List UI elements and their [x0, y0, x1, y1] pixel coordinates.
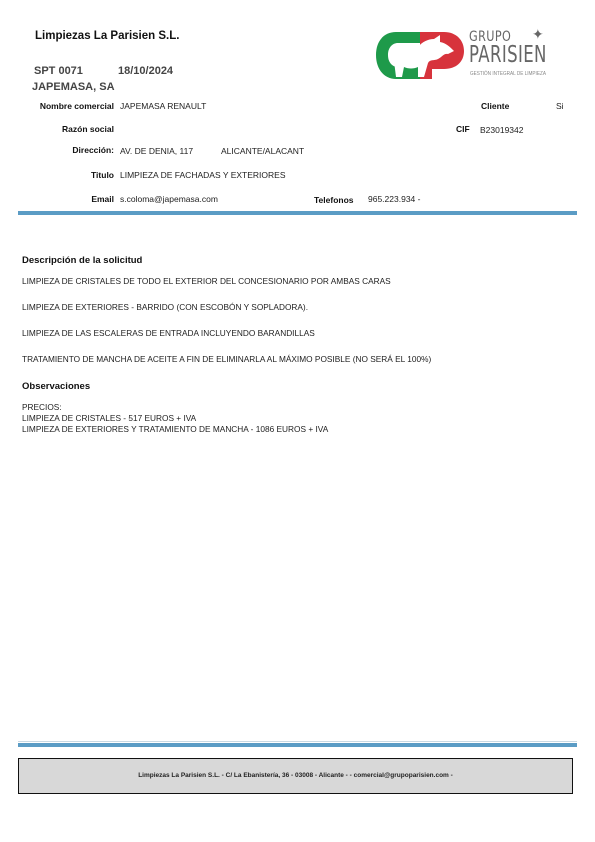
- observaciones-line: PRECIOS:: [22, 402, 62, 412]
- footer-text: Limpiezas La Parisien S.L. - C/ La Ebani…: [19, 772, 572, 779]
- document-date: 18/10/2024: [118, 65, 173, 77]
- divider-bottom: [18, 743, 577, 747]
- footer-box: Limpiezas La Parisien S.L. - C/ La Ebani…: [18, 758, 573, 794]
- label-cliente: Cliente: [481, 101, 509, 111]
- label-cif: CIF: [456, 124, 470, 134]
- value-titulo: LIMPIEZA DE FACHADAS Y EXTERIORES: [120, 170, 285, 180]
- descripcion-line: LIMPIEZA DE CRISTALES DE TODO EL EXTERIO…: [22, 276, 391, 286]
- descripcion-line: TRATAMIENTO DE MANCHA DE ACEITE A FIN DE…: [22, 354, 431, 364]
- value-telefonos: 965.223.934 -: [368, 194, 420, 204]
- descripcion-line: LIMPIEZA DE LAS ESCALERAS DE ENTRADA INC…: [22, 328, 315, 338]
- value-direccion: AV. DE DENIA, 117: [120, 146, 193, 156]
- divider-top: [18, 211, 577, 215]
- observaciones-line: LIMPIEZA DE CRISTALES - 517 EUROS + IVA: [22, 413, 196, 423]
- label-telefonos: Telefonos: [314, 195, 354, 205]
- label-email: Email: [91, 194, 114, 204]
- value-cif: B23019342: [480, 125, 524, 135]
- logo-tagline: GESTIÓN INTEGRAL DE LIMPIEZA: [470, 71, 546, 77]
- logo-text-parisien: PARISIEN: [469, 42, 547, 68]
- observaciones-heading: Observaciones: [22, 381, 90, 392]
- value-cliente: Si: [556, 101, 564, 111]
- document-reference: SPT 0071: [34, 65, 83, 77]
- descripcion-heading: Descripción de la solicitud: [22, 255, 142, 266]
- sparkle-icon: ✦: [532, 26, 544, 43]
- descripcion-line: LIMPIEZA DE EXTERIORES - BARRIDO (CON ES…: [22, 302, 308, 312]
- value-email: s.coloma@japemasa.com: [120, 194, 218, 204]
- observaciones-line: LIMPIEZA DE EXTERIORES Y TRATAMIENTO DE …: [22, 424, 328, 434]
- label-razon-social: Razón social: [62, 124, 114, 134]
- label-direccion: Dirección:: [72, 145, 114, 155]
- label-titulo: Titulo: [91, 170, 114, 180]
- company-name: Limpiezas La Parisien S.L.: [35, 30, 179, 42]
- label-nombre-comercial: Nombre comercial: [40, 101, 114, 111]
- value-nombre-comercial: JAPEMASA RENAULT: [120, 101, 206, 111]
- client-name: JAPEMASA, SA: [32, 81, 115, 93]
- divider-bottom-thin: [18, 741, 577, 742]
- grupo-parisien-logo-icon: [374, 29, 466, 81]
- value-ciudad: ALICANTE/ALACANT: [221, 146, 304, 156]
